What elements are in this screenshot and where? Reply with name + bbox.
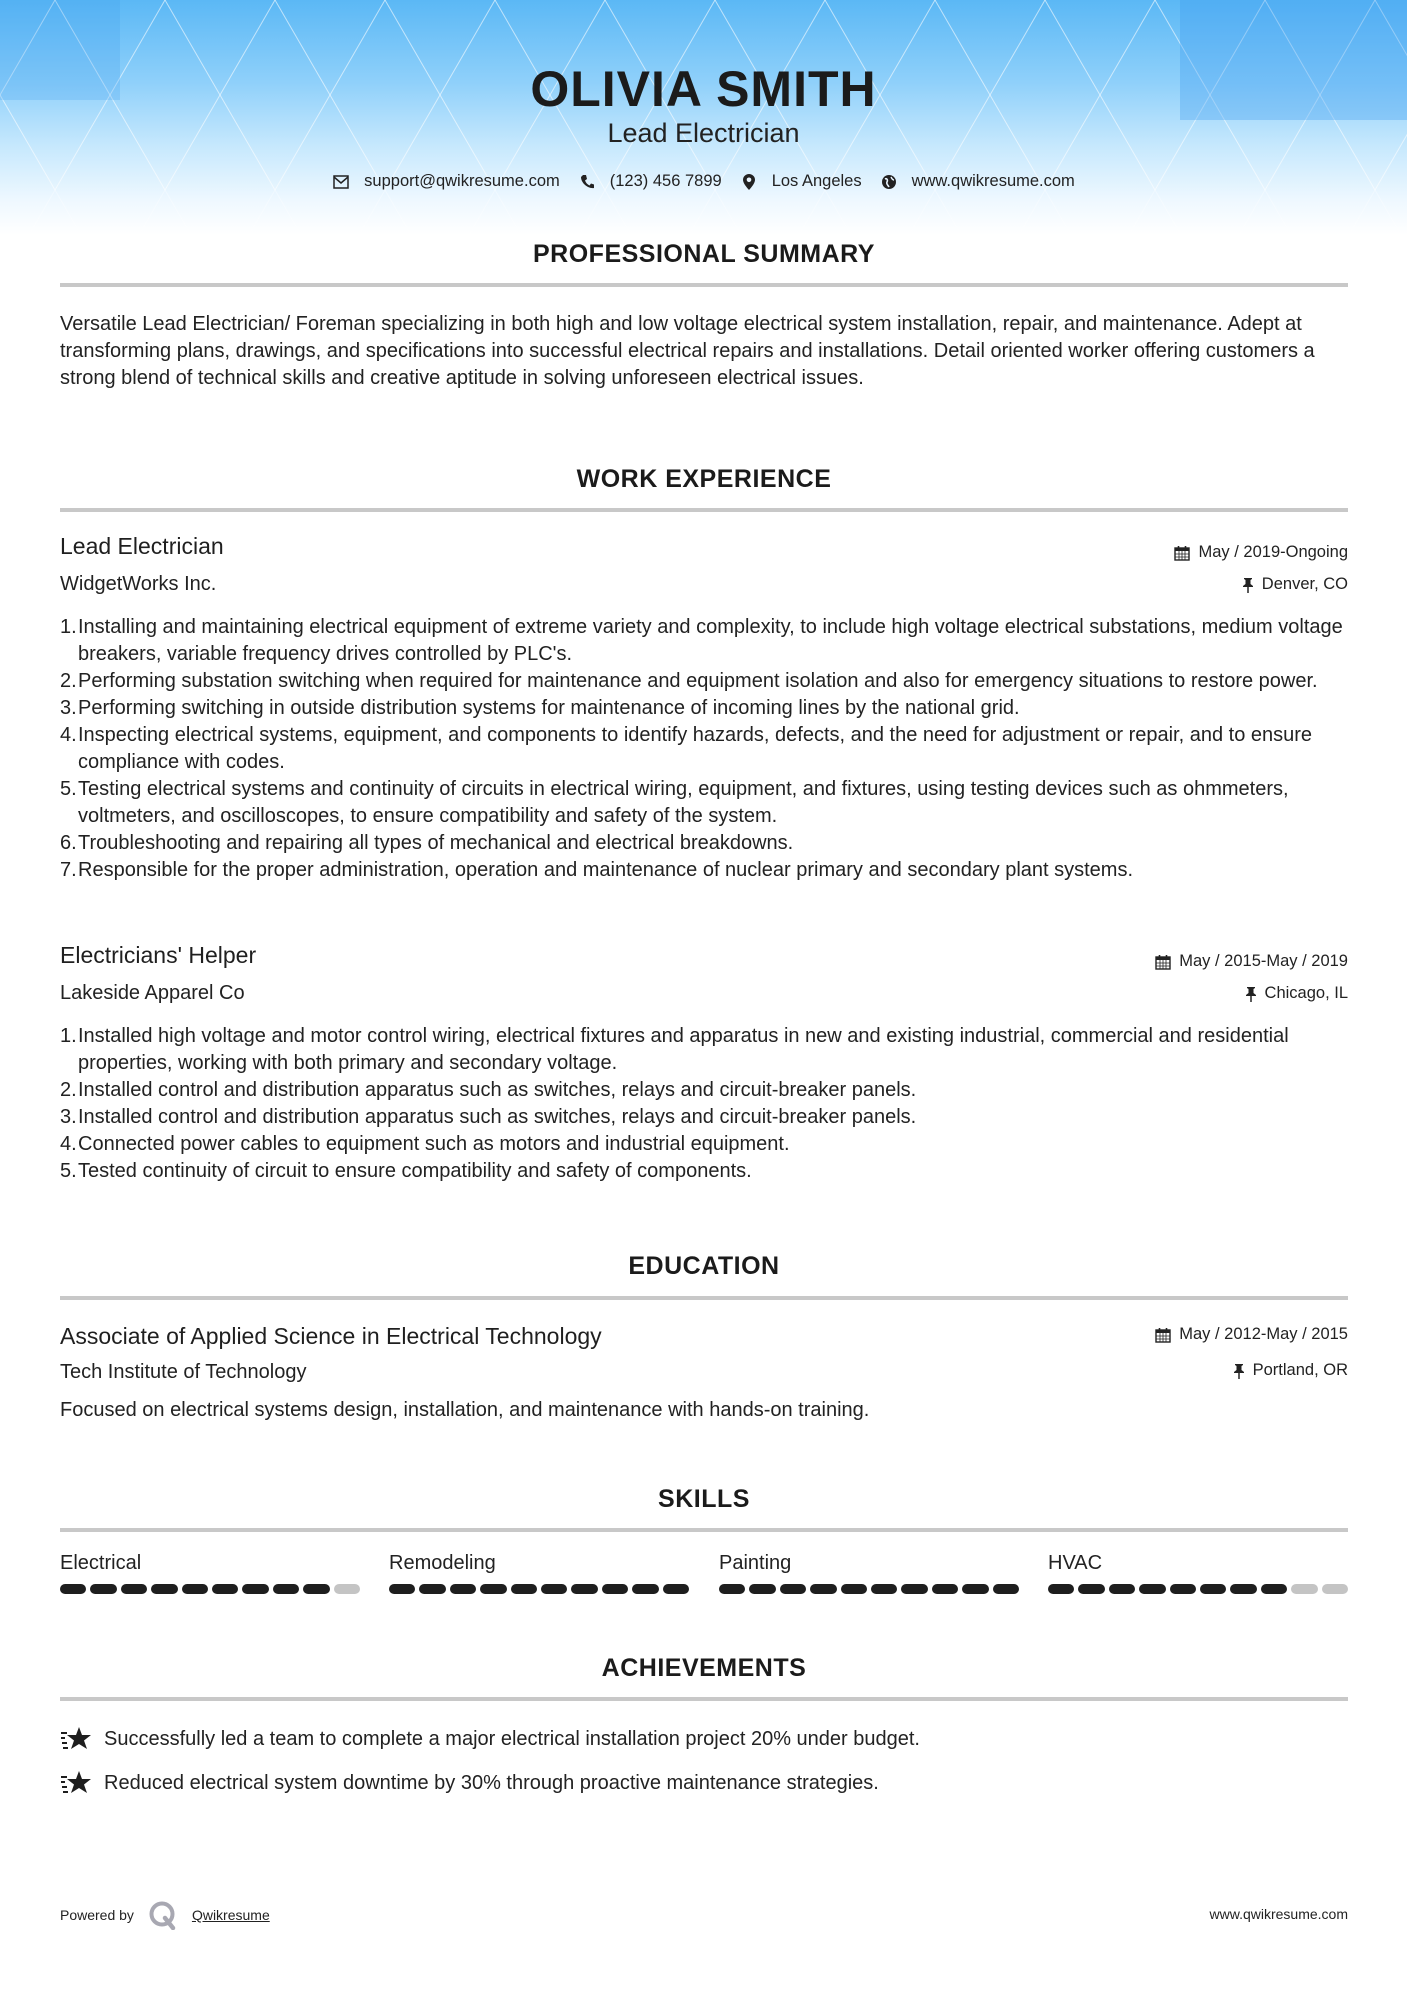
contact-location: Los Angeles — [740, 172, 862, 191]
job-company: WidgetWorks Inc. — [60, 573, 216, 596]
section-heading-experience: WORK EXPERIENCE — [60, 465, 1348, 494]
skill-item: Electrical — [60, 1552, 360, 1594]
skill-level-dot — [749, 1584, 775, 1594]
email-text: support@qwikresume.com — [364, 172, 560, 191]
section-heading-skills: SKILLS — [60, 1485, 1348, 1514]
bullet-text: Installing and maintaining electrical eq… — [78, 616, 1343, 665]
education-dates-text: May / 2012-May / 2015 — [1179, 1325, 1348, 1344]
section-divider — [60, 1697, 1348, 1701]
skill-level-dot — [1139, 1584, 1165, 1594]
bullet-number: 2. — [60, 1077, 77, 1104]
powered-by-label: Powered by — [60, 1907, 134, 1923]
skill-level-meter — [60, 1584, 360, 1594]
job-location: Denver, CO — [1242, 575, 1348, 594]
job-title: Lead Electrician — [60, 533, 224, 560]
candidate-name: OLIVIA SMITH — [0, 60, 1407, 118]
qwikresume-link[interactable]: Qwikresume — [192, 1907, 270, 1923]
skill-level-dot — [511, 1584, 537, 1594]
achievement-item: Reduced electrical system downtime by 30… — [60, 1769, 879, 1797]
bullet-number: 4. — [60, 722, 77, 749]
bullet-text: Responsible for the proper administratio… — [78, 859, 1133, 881]
location-text: Los Angeles — [772, 172, 862, 191]
bullet-item: 4.Connected power cables to equipment su… — [60, 1131, 1360, 1158]
phone-icon — [578, 173, 596, 191]
skill-level-dot — [663, 1584, 689, 1594]
skill-name: HVAC — [1048, 1552, 1348, 1582]
bullet-item: 1.Installed high voltage and motor contr… — [60, 1023, 1360, 1077]
education-dates: May / 2012-May / 2015 — [1155, 1325, 1348, 1344]
education-location-text: Portland, OR — [1253, 1361, 1348, 1380]
skill-level-dot — [90, 1584, 116, 1594]
skill-level-dot — [1261, 1584, 1287, 1594]
skill-level-dot — [242, 1584, 268, 1594]
job-bullets: 1.Installing and maintaining electrical … — [60, 614, 1360, 884]
job-dates: May / 2015-May / 2019 — [1155, 952, 1348, 971]
bullet-text: Inspecting electrical systems, equipment… — [78, 724, 1312, 773]
achievement-text: Successfully led a team to complete a ma… — [104, 1728, 920, 1751]
summary-text: Versatile Lead Electrician/ Foreman spec… — [60, 311, 1350, 392]
bullet-item: 6.Troubleshooting and repairing all type… — [60, 830, 1360, 857]
achievement-item: Successfully led a team to complete a ma… — [60, 1725, 920, 1753]
job-dates-text: May / 2019-Ongoing — [1198, 543, 1348, 562]
bullet-text: Troubleshooting and repairing all types … — [78, 832, 793, 854]
bullet-text: Performing substation switching when req… — [78, 670, 1318, 692]
skill-level-dot — [602, 1584, 628, 1594]
skill-level-dot — [303, 1584, 329, 1594]
skill-level-dot — [60, 1584, 86, 1594]
bullet-number: 4. — [60, 1131, 77, 1158]
skill-level-dot — [1078, 1584, 1104, 1594]
skill-level-dot — [334, 1584, 360, 1594]
skill-level-dot — [571, 1584, 597, 1594]
qwikresume-logo-icon — [148, 1900, 178, 1930]
pushpin-icon — [1242, 577, 1254, 593]
job-company: Lakeside Apparel Co — [60, 982, 245, 1005]
skill-level-dot — [1048, 1584, 1074, 1594]
skill-level-dot — [932, 1584, 958, 1594]
job-location-text: Chicago, IL — [1265, 984, 1348, 1003]
bullet-number: 7. — [60, 857, 77, 884]
job-location: Chicago, IL — [1245, 984, 1348, 1003]
bullet-item: 2.Performing substation switching when r… — [60, 668, 1360, 695]
phone-text: (123) 456 7899 — [610, 172, 722, 191]
job-title: Electricians' Helper — [60, 942, 256, 969]
job-dates-text: May / 2015-May / 2019 — [1179, 952, 1348, 971]
bullet-text: Connected power cables to equipment such… — [78, 1133, 790, 1155]
bullet-text: Installed high voltage and motor control… — [78, 1025, 1289, 1074]
section-divider — [60, 1296, 1348, 1300]
skill-item: Remodeling — [389, 1552, 689, 1594]
skill-level-dot — [780, 1584, 806, 1594]
skill-level-dot — [841, 1584, 867, 1594]
bullet-item: 5.Testing electrical systems and continu… — [60, 776, 1360, 830]
job-location-text: Denver, CO — [1262, 575, 1348, 594]
skill-name: Electrical — [60, 1552, 360, 1582]
bullet-number: 3. — [60, 695, 77, 722]
bullet-number: 5. — [60, 1158, 77, 1185]
star-icon — [60, 1725, 92, 1753]
skill-level-dot — [1170, 1584, 1196, 1594]
contact-website[interactable]: www.qwikresume.com — [880, 172, 1075, 191]
contact-bar: support@qwikresume.com (123) 456 7899 Lo… — [0, 172, 1407, 191]
skill-level-dot — [719, 1584, 745, 1594]
skill-level-meter — [1048, 1584, 1348, 1594]
star-icon — [60, 1769, 92, 1797]
skill-level-dot — [389, 1584, 415, 1594]
skill-level-dot — [1109, 1584, 1135, 1594]
bullet-item: 3.Performing switching in outside distri… — [60, 695, 1360, 722]
bullet-text: Performing switching in outside distribu… — [78, 697, 1020, 719]
bullet-number: 2. — [60, 668, 77, 695]
skill-level-dot — [480, 1584, 506, 1594]
skill-level-dot — [1322, 1584, 1348, 1594]
skill-level-dot — [273, 1584, 299, 1594]
skill-level-dot — [993, 1584, 1019, 1594]
achievement-text: Reduced electrical system downtime by 30… — [104, 1772, 879, 1795]
footer-url[interactable]: www.qwikresume.com — [1210, 1906, 1348, 1922]
job-dates: May / 2019-Ongoing — [1174, 543, 1348, 562]
bullet-number: 1. — [60, 1023, 77, 1050]
education-location: Portland, OR — [1233, 1361, 1348, 1380]
degree-title: Associate of Applied Science in Electric… — [60, 1323, 602, 1350]
bullet-item: 5.Tested continuity of circuit to ensure… — [60, 1158, 1360, 1185]
skill-level-dot — [1200, 1584, 1226, 1594]
bullet-text: Installed control and distribution appar… — [78, 1079, 916, 1101]
section-divider — [60, 283, 1348, 287]
bullet-text: Installed control and distribution appar… — [78, 1106, 916, 1128]
skill-level-dot — [419, 1584, 445, 1594]
skill-level-dot — [901, 1584, 927, 1594]
skill-name: Remodeling — [389, 1552, 689, 1582]
section-heading-summary: PROFESSIONAL SUMMARY — [60, 240, 1348, 269]
bullet-item: 7.Responsible for the proper administrat… — [60, 857, 1360, 884]
envelope-icon — [332, 173, 350, 191]
candidate-title: Lead Electrician — [0, 118, 1407, 149]
skill-level-dot — [962, 1584, 988, 1594]
bullet-number: 6. — [60, 830, 77, 857]
pushpin-icon — [1245, 986, 1257, 1002]
skill-level-dot — [121, 1584, 147, 1594]
school-name: Tech Institute of Technology — [60, 1361, 306, 1384]
bullet-text: Tested continuity of circuit to ensure c… — [78, 1160, 752, 1182]
section-heading-education: EDUCATION — [60, 1252, 1348, 1281]
bullet-item: 2.Installed control and distribution app… — [60, 1077, 1360, 1104]
calendar-icon — [1174, 545, 1190, 561]
calendar-icon — [1155, 954, 1171, 970]
skill-level-dot — [212, 1584, 238, 1594]
bullet-item: 3.Installed control and distribution app… — [60, 1104, 1360, 1131]
contact-phone[interactable]: (123) 456 7899 — [578, 172, 722, 191]
bullet-item: 1.Installing and maintaining electrical … — [60, 614, 1360, 668]
map-marker-icon — [740, 173, 758, 191]
bullet-item: 4.Inspecting electrical systems, equipme… — [60, 722, 1360, 776]
section-heading-achievements: ACHIEVEMENTS — [60, 1654, 1348, 1683]
skill-item: HVAC — [1048, 1552, 1348, 1594]
job-bullets: 1.Installed high voltage and motor contr… — [60, 1023, 1360, 1185]
skill-level-dot — [450, 1584, 476, 1594]
website-text: www.qwikresume.com — [912, 172, 1075, 191]
bullet-number: 3. — [60, 1104, 77, 1131]
skill-name: Painting — [719, 1552, 1019, 1582]
globe-icon — [880, 173, 898, 191]
contact-email[interactable]: support@qwikresume.com — [332, 172, 560, 191]
education-description: Focused on electrical systems design, in… — [60, 1397, 1350, 1424]
bullet-number: 1. — [60, 614, 77, 641]
footer-powered-by: Powered by Qwikresume — [60, 1900, 270, 1930]
skill-level-dot — [151, 1584, 177, 1594]
section-divider — [60, 508, 1348, 512]
skill-level-dot — [810, 1584, 836, 1594]
skill-level-dot — [541, 1584, 567, 1594]
skill-level-dot — [1230, 1584, 1256, 1594]
skill-level-dot — [632, 1584, 658, 1594]
skill-item: Painting — [719, 1552, 1019, 1594]
pushpin-icon — [1233, 1363, 1245, 1379]
skill-level-dot — [1291, 1584, 1317, 1594]
bullet-text: Testing electrical systems and continuit… — [78, 778, 1289, 827]
bullet-number: 5. — [60, 776, 77, 803]
skill-level-dot — [871, 1584, 897, 1594]
calendar-icon — [1155, 1327, 1171, 1343]
skill-level-meter — [389, 1584, 689, 1594]
section-divider — [60, 1528, 1348, 1532]
skill-level-dot — [182, 1584, 208, 1594]
skill-level-meter — [719, 1584, 1019, 1594]
